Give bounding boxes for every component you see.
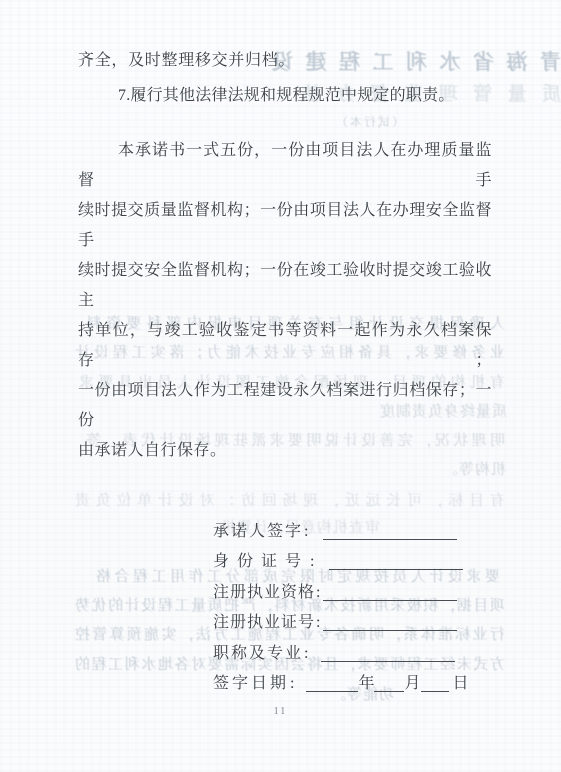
page-number: 11 bbox=[0, 706, 561, 717]
label-colon: : bbox=[304, 645, 308, 662]
paragraph-line: 持单位，与竣工验收鉴定书等资料一起作为永久档案保存； bbox=[78, 316, 492, 376]
day-blank-line bbox=[421, 676, 449, 692]
paragraph-line: 续时提交质量监督机构；一份由项目法人在办理安全监督手 bbox=[78, 196, 492, 256]
license-blank-line bbox=[323, 615, 457, 631]
label-colon: : bbox=[316, 584, 320, 601]
field-label: 身份证号 bbox=[213, 553, 309, 570]
field-label: 注册执业资格 bbox=[213, 584, 315, 601]
day-unit-label: 日 bbox=[453, 675, 469, 692]
body-line-duty-7: 7.履行其他法律法规和规程规范中规定的职责。 bbox=[78, 81, 492, 111]
signature-blank-line bbox=[323, 524, 457, 540]
field-title-and-specialty: 职称及专业: bbox=[213, 645, 492, 662]
title-blank-line bbox=[321, 646, 455, 662]
field-id-number: 身份证号: bbox=[213, 553, 492, 570]
year-blank-line bbox=[306, 676, 358, 692]
field-registered-license-number: 注册执业证号: bbox=[213, 614, 492, 631]
signature-form: 承诺人签字: 身份证号: 注册执业资格: 注册执业证号: 职称及专业: 签字日期… bbox=[213, 523, 492, 692]
field-registered-qualification: 注册执业资格: bbox=[213, 584, 492, 601]
field-promisor-signature: 承诺人签字: bbox=[213, 523, 492, 540]
month-blank-line bbox=[374, 676, 404, 692]
field-label: 承诺人签字 bbox=[213, 523, 303, 540]
year-unit-label: 年 bbox=[358, 675, 374, 692]
paragraph-line: 续时提交安全监督机构；一份在竣工验收时提交竣工验收主 bbox=[78, 256, 492, 316]
paragraph-line: 一份由项目法人作为工程建设永久档案进行归档保存；一份 bbox=[78, 376, 492, 436]
label-colon: : bbox=[304, 523, 308, 540]
field-label: 注册执业证号 bbox=[213, 614, 315, 631]
paragraph-line: 由承诺人自行保存。 bbox=[78, 436, 492, 466]
body-line: 齐全，及时整理移交并归档。 bbox=[78, 46, 492, 76]
label-colon: : bbox=[310, 553, 314, 570]
field-label: 职称及专业 bbox=[213, 645, 303, 662]
label-colon: : bbox=[316, 614, 320, 631]
scanned-page: 青海省水利工程建设 质量管理监督办法 （试行本） 人确保提交设计组与有关项目申报… bbox=[0, 0, 561, 772]
label-colon: : bbox=[290, 675, 294, 692]
field-signature-date: 签字日期:年月日 bbox=[213, 675, 492, 692]
id-blank-line bbox=[329, 554, 463, 570]
document-content: 齐全，及时整理移交并归档。 7.履行其他法律法规和规程规范中规定的职责。 本承诺… bbox=[0, 0, 561, 772]
field-label: 签字日期 bbox=[213, 675, 289, 692]
month-unit-label: 月 bbox=[404, 675, 420, 692]
copies-paragraph: 本承诺书一式五份，一份由项目法人在办理质量监督手 续时提交质量监督机构；一份由项… bbox=[78, 136, 492, 466]
qualification-blank-line bbox=[323, 585, 457, 601]
paragraph-line: 本承诺书一式五份，一份由项目法人在办理质量监督手 bbox=[78, 136, 492, 196]
